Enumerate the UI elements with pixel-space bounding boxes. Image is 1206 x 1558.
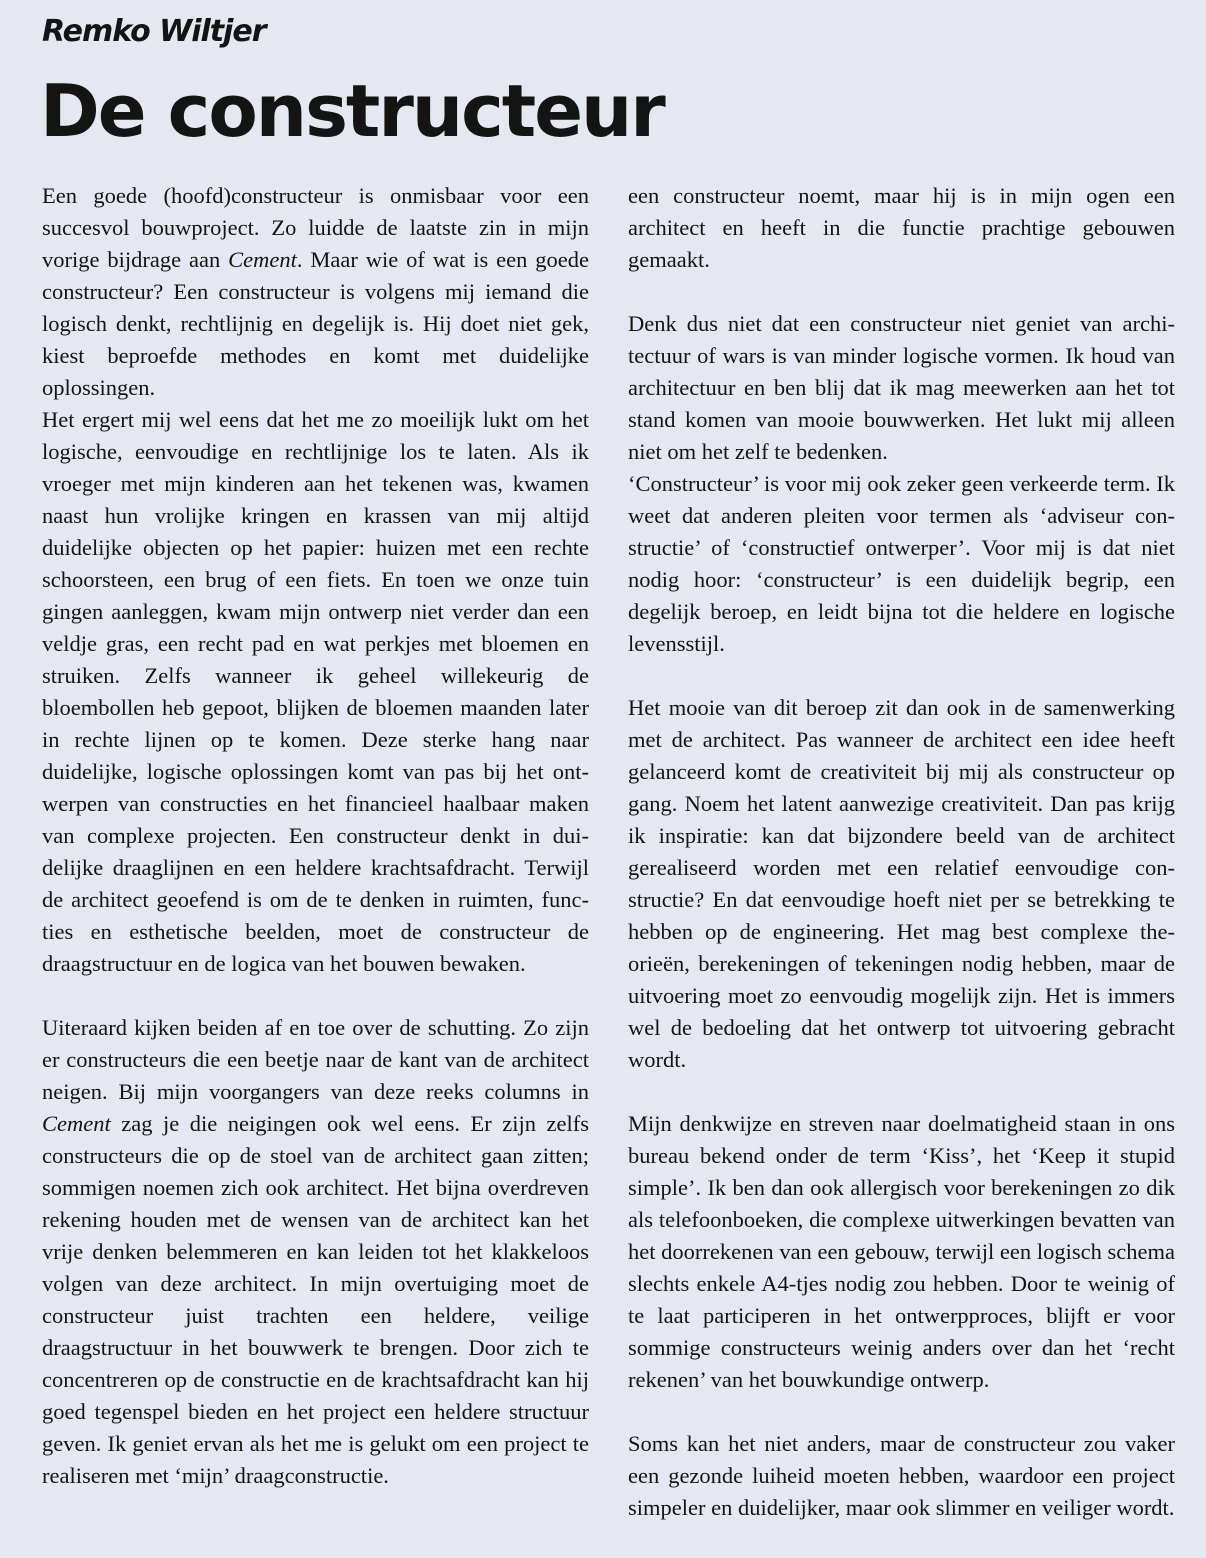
paragraph-term: ‘Constructeur’ is voor mij ook zeker gee… — [628, 468, 1175, 660]
paragraph-conclusion: Soms kan het niet anders, maar de constr… — [628, 1428, 1175, 1524]
article-title: De constructeur — [40, 66, 664, 156]
paragraph-kiss: Mijn denkwijze en streven naar doelmatig… — [628, 1108, 1175, 1396]
publication-name: Cement — [228, 247, 297, 272]
paragraph-samenwerking: Het mooie van dit beroep zit dan ook in … — [628, 692, 1175, 1076]
paragraph-schutting: Uiteraard kijken beiden af en toe over d… — [42, 1012, 589, 1492]
author-name: Remko Wiltjer — [42, 12, 266, 52]
right-column: een constructeur noemt, maar hij is in m… — [628, 180, 1175, 1524]
paragraph-continued: een constructeur noemt, maar hij is in m… — [628, 180, 1175, 276]
paragraph-architectuur: Denk dus niet dat een constructeur niet … — [628, 308, 1175, 468]
left-column: Een goede (hoofd)constructeur is onmisba… — [42, 180, 589, 1492]
paragraph-intro: Een goede (hoofd)constructeur is onmisba… — [42, 180, 589, 404]
publication-name: Cement — [42, 1111, 111, 1136]
paragraph-childhood: Het ergert mij wel eens dat het me zo mo… — [42, 404, 589, 980]
